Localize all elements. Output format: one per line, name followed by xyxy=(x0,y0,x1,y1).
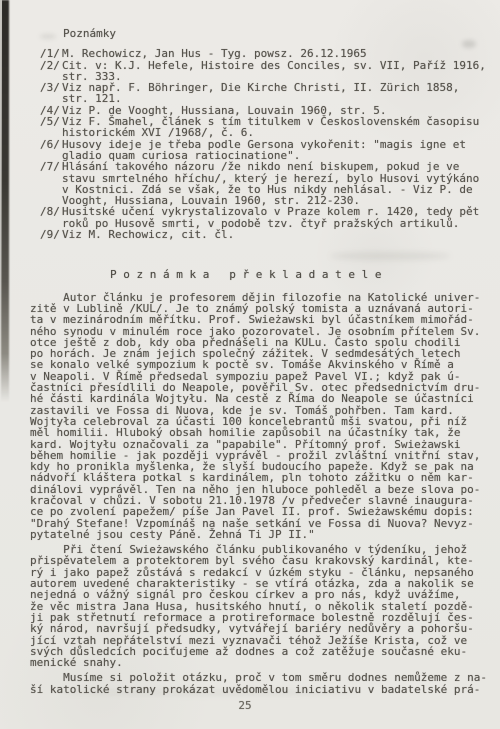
book-spine-shadow xyxy=(1,0,9,402)
footnote-item: /6/ Husovy ideje je třeba podle Gersona … xyxy=(30,139,494,162)
footnote-marker: /5/ xyxy=(40,116,62,127)
footnotes-title: Poznámky xyxy=(63,28,494,39)
footnote-text: Viz M. Rechowicz, cit. čl. xyxy=(62,229,234,240)
paragraph: Při čtení Swieżawského článku publikovan… xyxy=(30,544,494,668)
footnote-text: Husitské učení vykrystalizovalo v Praze … xyxy=(62,206,479,229)
footnote-marker: /1/ xyxy=(40,48,62,59)
page-content: Poznámky /1/ M. Rechowicz, Jan Hus - Tyg… xyxy=(30,28,494,711)
footnote-text: Viz např. F. Böhringer, Die Kirche Chris… xyxy=(62,82,459,105)
footnote-item: /5/ Viz F. Šmahel, článek s tím titulkem… xyxy=(30,116,494,139)
footnote-item: /9/ Viz M. Rechowicz, cit. čl. xyxy=(30,229,494,240)
footnote-marker: /2/ xyxy=(40,60,62,71)
footnote-marker: /7/ xyxy=(40,161,62,172)
footnotes-list: /1/ M. Rechowicz, Jan Hus - Tyg. powsz. … xyxy=(30,48,494,240)
section-heading: P o z n á m k a p ř e k l a d a t e l e xyxy=(30,269,494,280)
scanned-document-page: Poznámky /1/ M. Rechowicz, Jan Hus - Tyg… xyxy=(0,0,500,729)
footnote-item: /2/ Cit. v: K.J. Hefele, Histoire des Co… xyxy=(30,60,494,83)
footnote-text: Cit. v: K.J. Hefele, Histoire des Concil… xyxy=(62,60,486,83)
footnote-item: /3/ Viz např. F. Böhringer, Die Kirche C… xyxy=(30,82,494,105)
translator-note-paragraphs: Autor článku je profesorem dějin filozof… xyxy=(30,292,494,695)
paragraph: Autor článku je profesorem dějin filozof… xyxy=(30,292,494,541)
footnote-item: /7/ Hlásání takového názoru /že nikdo ne… xyxy=(30,161,494,206)
page-number: 25 xyxy=(30,700,460,711)
footnote-item: /8/ Husitské učení vykrystalizovalo v Pr… xyxy=(30,206,494,229)
footnote-marker: /3/ xyxy=(40,82,62,93)
footnote-text: Hlásání takového názoru /že nikdo není b… xyxy=(62,161,479,206)
footnote-item: /1/ M. Rechowicz, Jan Hus - Tyg. powsz. … xyxy=(30,48,494,59)
footnote-text: Husovy ideje je třeba podle Gersona vyko… xyxy=(62,139,466,162)
paragraph: Musíme si položit otázku, proč v tom smě… xyxy=(30,672,494,695)
footnote-text: Viz F. Šmahel, článek s tím titulkem v Č… xyxy=(62,116,479,139)
footnote-marker: /8/ xyxy=(40,206,62,217)
book-spine-highlight xyxy=(0,0,2,330)
footnote-marker: /6/ xyxy=(40,139,62,150)
footnote-text: M. Rechowicz, Jan Hus - Tyg. powsz. 26.1… xyxy=(62,48,367,59)
footnote-marker: /9/ xyxy=(40,229,62,240)
